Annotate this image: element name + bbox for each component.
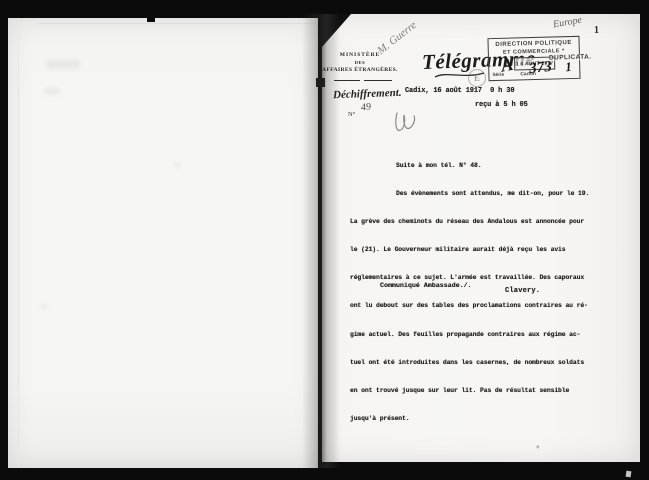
- underlying-sheet-edge: [38, 23, 318, 24]
- body-line: ont lu debout sur des tables des proclam…: [350, 299, 590, 313]
- closing-line: Communiqué Ambassade./.: [380, 282, 472, 290]
- letterhead-line3: AFFAIRES ÉTRANGÈRES.: [320, 67, 400, 73]
- scanned-telegram-document: MINISTÈRE DES AFFAIRES ÉTRANGÈRES. Déchi…: [0, 0, 649, 480]
- signature: Clavery.: [505, 287, 540, 295]
- body-line: gime actuel. Des feuilles propagande con…: [350, 328, 590, 342]
- left-blank-page: [8, 18, 318, 468]
- body-line: La grève des cheminots du réseau des And…: [350, 215, 590, 229]
- edge-ink-mark: [316, 78, 325, 87]
- body-line: Suite à mon tél. N° 48.: [350, 159, 590, 173]
- telegram-body: Suite à mon tél. N° 48. Des évènements s…: [350, 145, 590, 440]
- handwritten-europe-note: Europe: [552, 15, 583, 31]
- handwritten-carton-value: 373: [528, 59, 552, 78]
- handwritten-number: 49: [360, 102, 371, 114]
- letterhead-rule: [364, 80, 392, 81]
- direction-politique-stamp: DIRECTION POLITIQUE ET COMMERCIALE * 1 6…: [487, 36, 580, 81]
- scan-plus-speck: +: [536, 444, 540, 451]
- body-line: le (21). Le Gouverneur militaire aurait …: [350, 243, 590, 257]
- folio-page-number: 1: [594, 25, 599, 36]
- handwritten-serie-value: A: [500, 54, 515, 77]
- dechiffrement-label: Déchiffrement.: [333, 87, 402, 101]
- scan-artifact-speck: [626, 471, 632, 478]
- numero-label: N°: [348, 111, 355, 118]
- body-line: Des évènements sont attendus, me dit-on,…: [350, 187, 590, 201]
- ink-bleedthrough: [44, 88, 60, 95]
- telegram-dateline: Cadix, 16 août 1917 0 h 30: [405, 87, 514, 95]
- body-line: en ont trouvé jusque sur leur lit. Pas d…: [350, 384, 590, 398]
- embossed-seal-e-icon: E: [468, 69, 486, 87]
- telegram-page: MINISTÈRE DES AFFAIRES ÉTRANGÈRES. Déchi…: [322, 14, 640, 462]
- body-line: tuel ont été introduites dans les casern…: [350, 356, 590, 370]
- black-corner-fold: [322, 14, 351, 47]
- body-line: jusqu'à présent.: [350, 412, 590, 426]
- letterhead-line1: MINISTÈRE: [320, 52, 400, 58]
- telegram-received-time: reçu à 5 h 05: [475, 101, 528, 109]
- scanner-border-nub: [147, 14, 155, 22]
- ministry-letterhead: MINISTÈRE DES AFFAIRES ÉTRANGÈRES.: [320, 52, 400, 73]
- scan-speck: [41, 304, 47, 309]
- letterhead-rule: [334, 80, 360, 81]
- ink-bleedthrough: [46, 60, 80, 69]
- handwritten-extra-value: 1: [564, 59, 572, 76]
- pencil-scribble: [393, 110, 421, 140]
- letterhead-line2: DES: [320, 60, 400, 65]
- page-edge-line: [18, 18, 19, 468]
- scan-speck: [174, 163, 181, 168]
